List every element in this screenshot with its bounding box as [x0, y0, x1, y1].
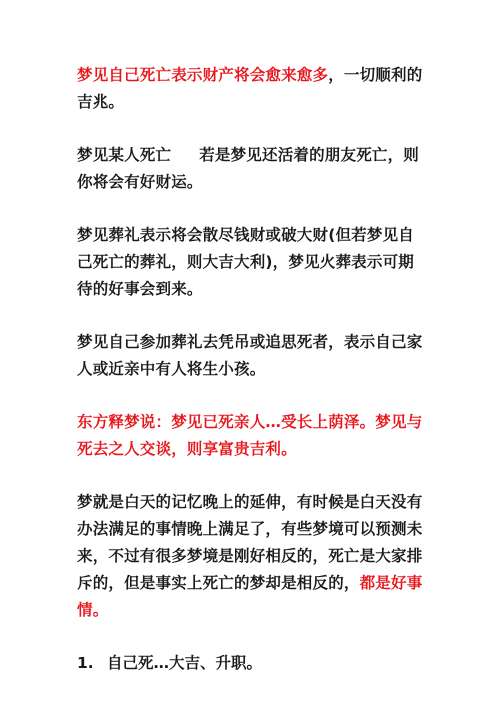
document-page: 梦见自己死亡表示财产将会愈来愈多，一切顺利的吉兆。 梦见某人死亡若是梦见还活着的… — [77, 62, 427, 677]
paragraph-dream-explanation: 梦就是白天的记忆晚上的延伸，有时候是白天没有办法满足的事情晚上满足了，有些梦境可… — [77, 489, 427, 624]
list-number: 1. — [77, 650, 107, 677]
paragraph-funeral: 梦见葬礼表示将会散尽钱财或破大财(但若梦见自己死亡的葬礼，则大吉大利)，梦见火葬… — [77, 222, 427, 303]
list-item: 1.自己死…大吉、升职。 — [77, 650, 427, 677]
paragraph-self-death: 梦见自己死亡表示财产将会愈来愈多，一切顺利的吉兆。 — [77, 62, 427, 116]
paragraph-title: 梦见某人死亡 — [77, 146, 171, 164]
paragraph-someone-death: 梦见某人死亡若是梦见还活着的朋友死亡，则你将会有好财运。 — [77, 142, 427, 196]
body-text: 梦见葬礼表示将会散尽钱财或破大财(但若梦见自己死亡的葬礼，则大吉大利)，梦见火葬… — [77, 226, 414, 298]
highlight-text: 东方释梦说：梦见已死亲人…受长上荫泽。梦见与死去之人交谈，则享富贵吉利。 — [77, 413, 422, 458]
paragraph-eastern-interpretation: 东方释梦说：梦见已死亲人…受长上荫泽。梦见与死去之人交谈，则享富贵吉利。 — [77, 409, 427, 463]
body-text: 梦见自己参加葬礼去凭吊或追思死者，表示自己家人或近亲中有人将生小孩。 — [77, 333, 422, 378]
highlight-text: 梦见自己死亡表示财产将会愈来愈多 — [77, 66, 328, 84]
list-text: 自己死…大吉、升职。 — [107, 654, 262, 672]
paragraph-attend-funeral: 梦见自己参加葬礼去凭吊或追思死者，表示自己家人或近亲中有人将生小孩。 — [77, 329, 427, 383]
